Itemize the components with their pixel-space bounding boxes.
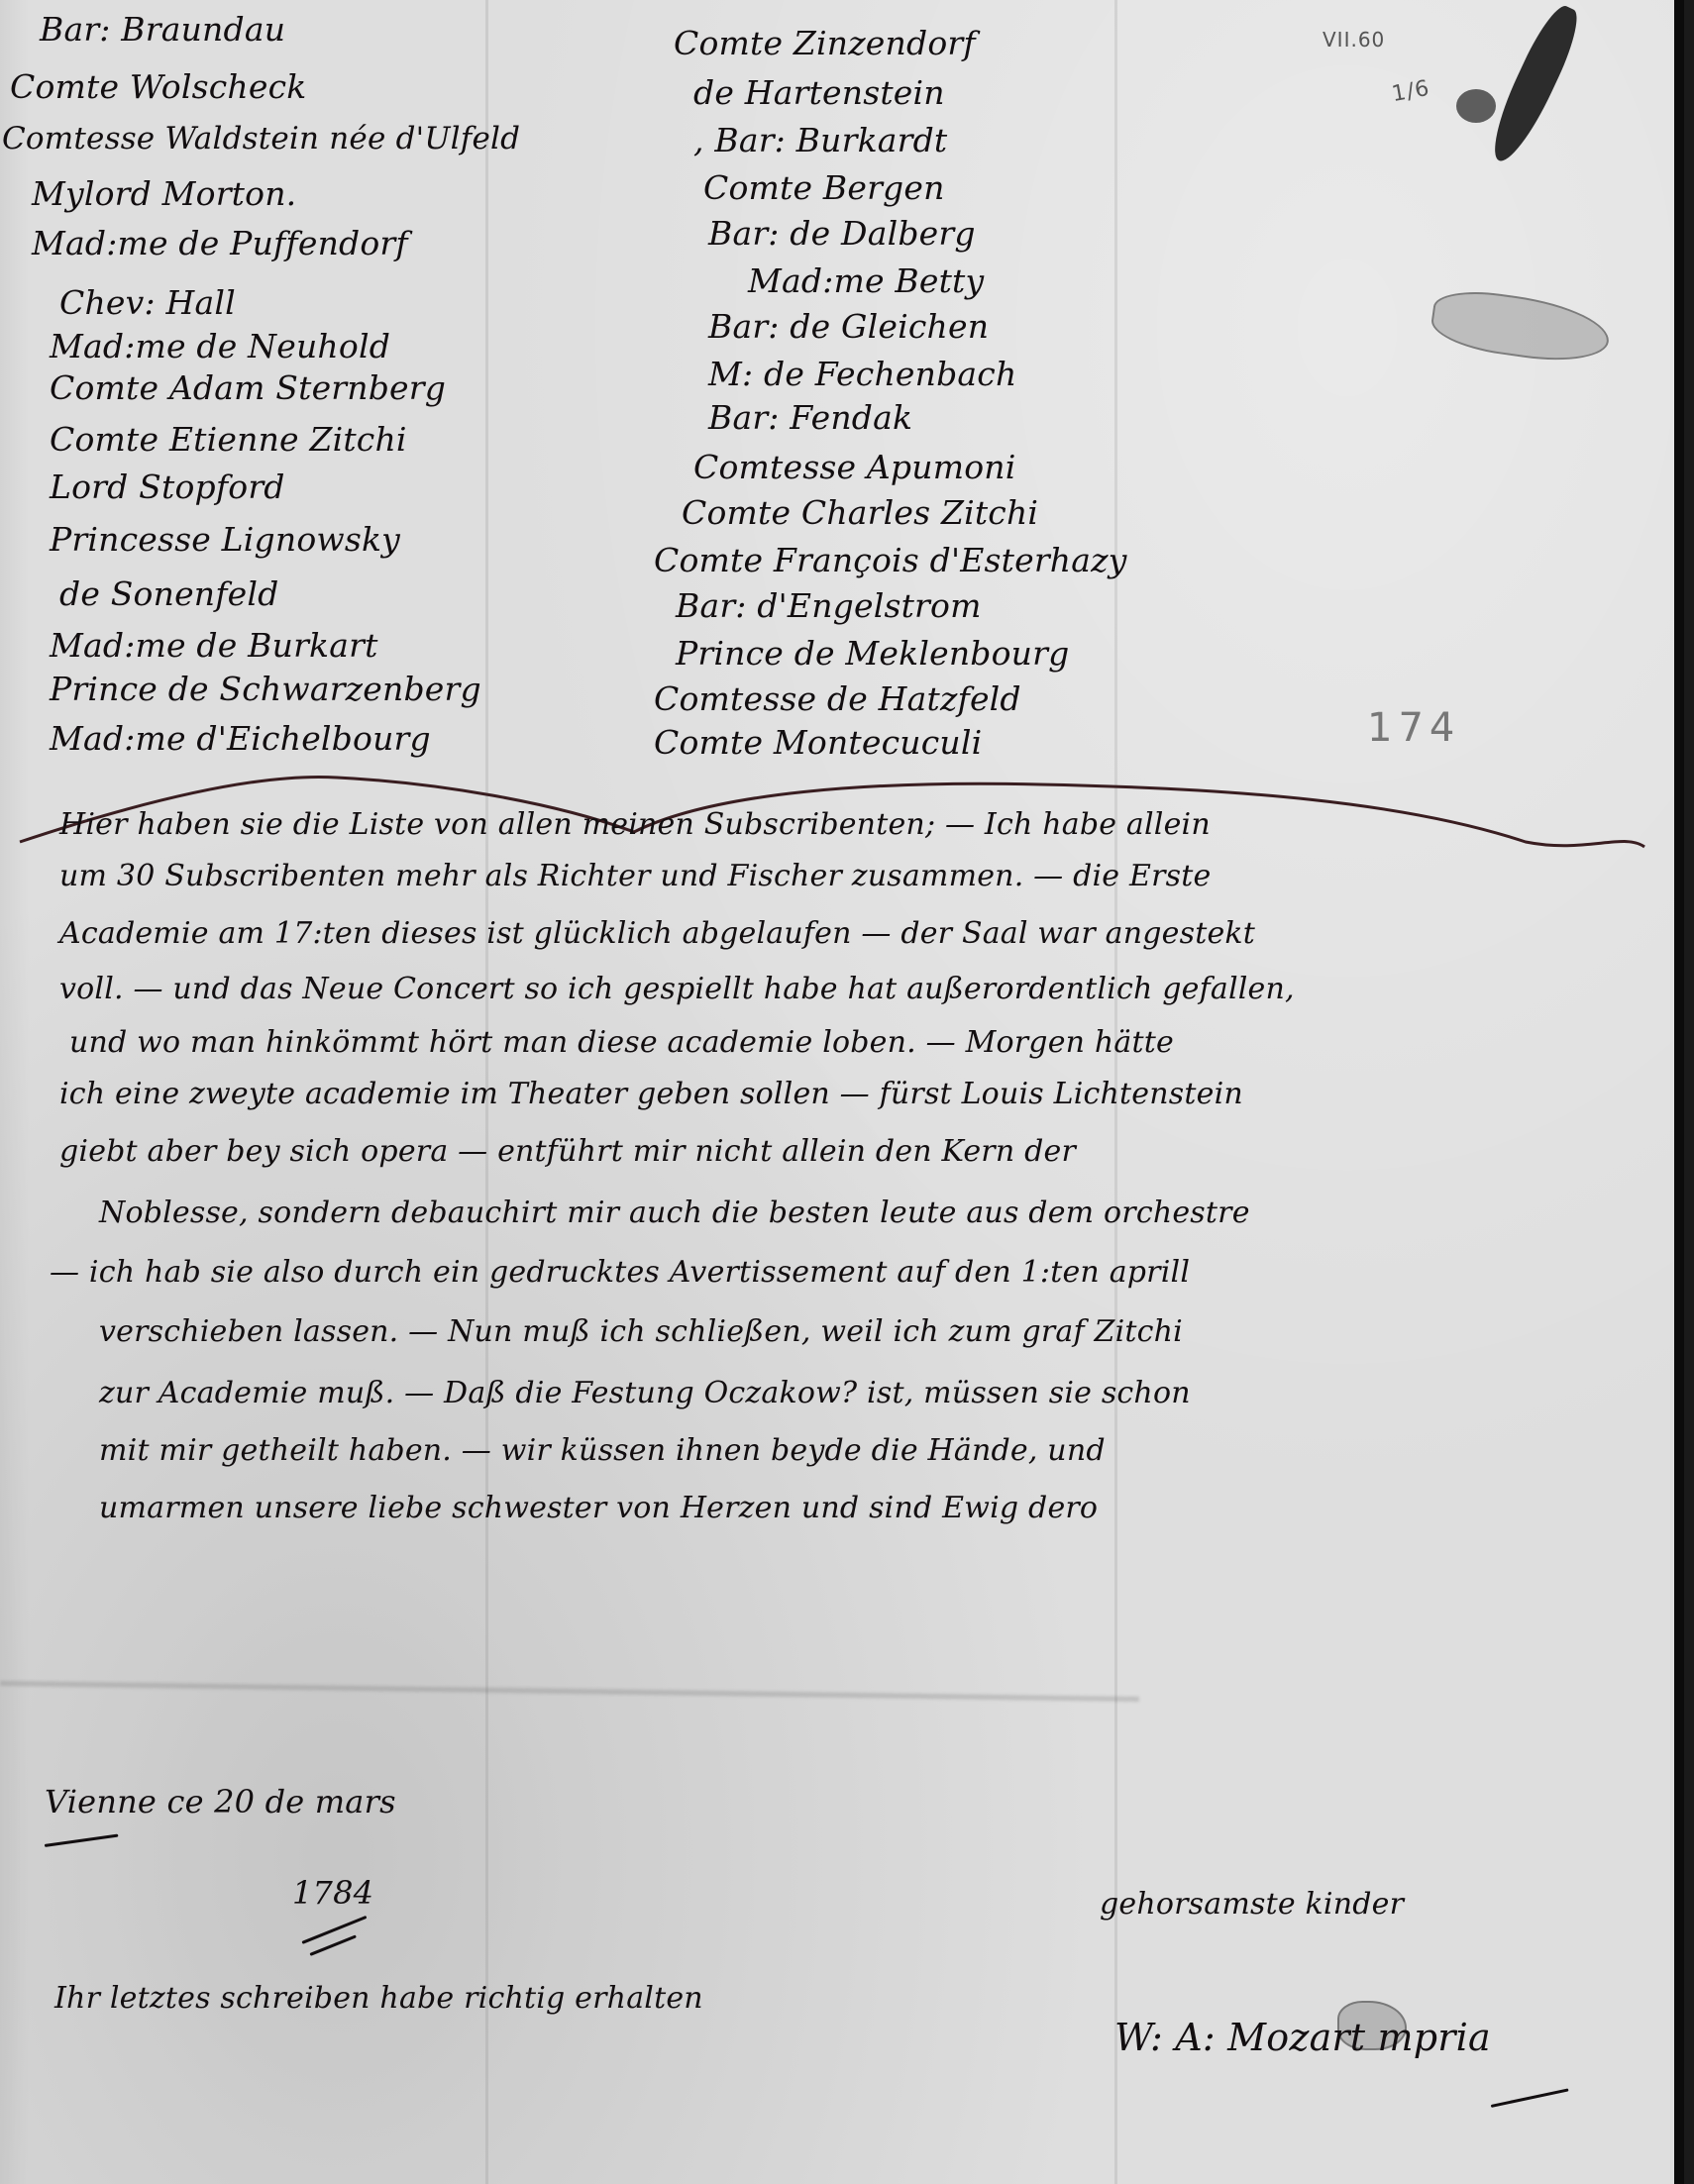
letter-line: umarmen unsere liebe schwester von Herze… xyxy=(99,1491,1098,1525)
manuscript-sheet: VII.60 1/6 174 Bar: Braundau Comte Wolsc… xyxy=(0,0,1684,2184)
ink-smear-icon xyxy=(1482,0,1587,168)
letter-line: verschieben lassen. — Nun muß ich schlie… xyxy=(99,1314,1183,1349)
ink-blot-icon xyxy=(1456,89,1496,123)
signature-flourish xyxy=(1491,2088,1569,2108)
subscriber-name: M: de Fechenbach xyxy=(708,355,1016,393)
closing-phrase: gehorsamste kinder xyxy=(1100,1887,1404,1922)
photo-border xyxy=(1674,0,1684,2184)
subscriber-name: Princesse Lignowsky xyxy=(50,520,400,559)
subscriber-name: Bar: de Dalberg xyxy=(708,214,976,253)
subscriber-name: Chev: Hall xyxy=(59,283,236,322)
subscriber-name: Mad:me de Burkart xyxy=(50,626,378,665)
subscriber-name: Prince de Meklenbourg xyxy=(676,634,1069,673)
subscriber-name: Mad:me d'Eichelbourg xyxy=(50,719,431,758)
subscriber-name: Comte François d'Esterhazy xyxy=(654,541,1127,579)
subscriber-name: Comte Zinzendorf xyxy=(674,24,976,62)
subscriber-name: Comte Montecuculi xyxy=(654,723,982,762)
subscriber-name: Comtesse de Hatzfeld xyxy=(654,679,1021,718)
subscriber-name: Bar: de Gleichen xyxy=(708,307,989,346)
subscriber-name: Comte Adam Sternberg xyxy=(50,368,446,407)
subscriber-name: , Bar: Burkardt xyxy=(693,121,947,159)
subscriber-name: Mad:me Betty xyxy=(748,261,984,300)
subscriber-name: Bar: Fendak xyxy=(708,398,912,437)
letter-line: — ich hab sie also durch ein gedrucktes … xyxy=(50,1255,1190,1290)
folio-number: 174 xyxy=(1367,705,1460,751)
subscriber-name: Comtesse Waldstein née d'Ulfeld xyxy=(2,121,520,156)
horizontal-crease xyxy=(0,1681,1139,1702)
letter-line: voll. — und das Neue Concert so ich gesp… xyxy=(59,972,1295,1006)
year: 1784 xyxy=(292,1874,373,1912)
place-date: Vienne ce 20 de mars xyxy=(45,1783,396,1820)
archive-fraction-mark: 1/6 xyxy=(1390,76,1431,107)
underline xyxy=(301,1916,367,1944)
letter-line: Academie am 17:ten dieses ist glücklich … xyxy=(59,916,1255,951)
letter-line: zur Academie muß. — Daß die Festung Ocza… xyxy=(99,1376,1191,1410)
letter-line: Noblesse, sondern debauchirt mir auch di… xyxy=(99,1196,1250,1230)
letter-line: ich eine zweyte academie im Theater gebe… xyxy=(59,1077,1243,1111)
subscriber-name: de Hartenstein xyxy=(693,73,945,112)
subscriber-name: Prince de Schwarzenberg xyxy=(50,670,481,708)
subscriber-name: Bar: Braundau xyxy=(40,10,285,49)
signature: W: A: Mozart mpria xyxy=(1114,2016,1491,2059)
subscriber-name: de Sonenfeld xyxy=(59,574,278,613)
letter-line: Hier haben sie die Liste von allen meine… xyxy=(59,807,1211,842)
subscriber-name: Comtesse Apumoni xyxy=(693,448,1015,486)
subscriber-name: Mylord Morton. xyxy=(32,174,296,213)
subscriber-name: Comte Etienne Zitchi xyxy=(50,420,407,459)
subscriber-name: Mad:me de Neuhold xyxy=(50,327,390,365)
water-stain-icon xyxy=(1429,285,1614,368)
postscript: Ihr letztes schreiben habe richtig erhal… xyxy=(54,1981,703,2016)
subscriber-name: Bar: d'Engelstrom xyxy=(676,586,982,625)
underline xyxy=(45,1834,119,1847)
subscriber-name: Lord Stopford xyxy=(50,468,285,506)
archive-catalog-mark: VII.60 xyxy=(1323,28,1385,52)
subscriber-name: Comte Wolscheck xyxy=(10,67,306,106)
subscriber-name: Comte Charles Zitchi xyxy=(682,493,1038,532)
letter-line: mit mir getheilt haben. — wir küssen ihn… xyxy=(99,1433,1106,1468)
letter-line: um 30 Subscribenten mehr als Richter und… xyxy=(59,859,1211,893)
subscriber-name: Comte Bergen xyxy=(703,168,945,207)
subscriber-name: Mad:me de Puffendorf xyxy=(32,224,408,262)
letter-line: giebt aber bey sich opera — entführt mir… xyxy=(59,1134,1076,1169)
letter-line: und wo man hinkömmt hört man diese acade… xyxy=(69,1025,1174,1060)
